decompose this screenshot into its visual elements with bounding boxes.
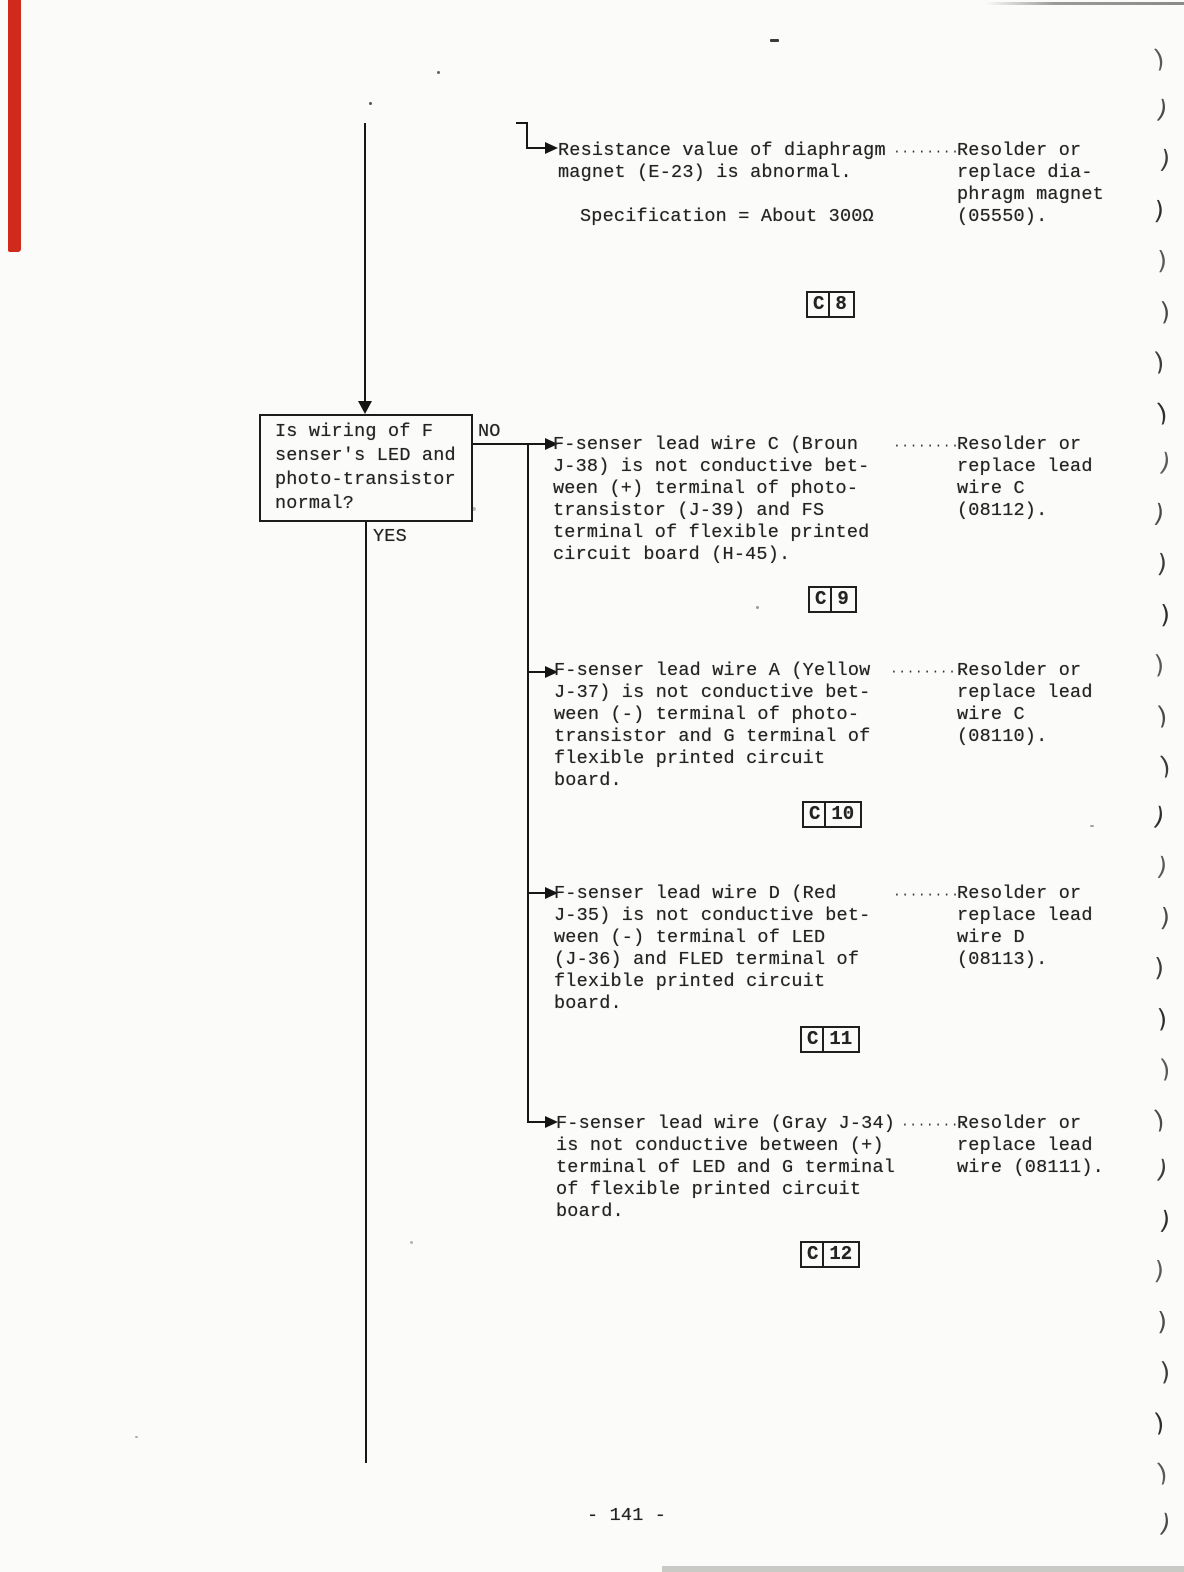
- cause-text: F-senser lead wire (Gray J-34) is not co…: [556, 1113, 895, 1223]
- badge-number: 12: [824, 1243, 858, 1266]
- badge-letter: C: [802, 1028, 824, 1051]
- binding-mark-icon: ): [1156, 144, 1175, 175]
- binding-mark-icon: ): [1149, 43, 1170, 74]
- binding-mark-icon: ): [1155, 1507, 1176, 1538]
- cause-text: F-senser lead wire A (Yellow J-37) is no…: [554, 660, 870, 792]
- binding-mark-icon: ): [1155, 750, 1176, 781]
- decision-box: Is wiring of F senser's LED and photo-tr…: [259, 414, 473, 522]
- scan-red-edge-mark: [8, 0, 21, 252]
- scan-speck: [369, 102, 372, 105]
- binding-mark-icon: ): [1149, 800, 1170, 831]
- step-badge-c9: C 9: [808, 586, 857, 613]
- step-badge-c8: C 8: [806, 291, 855, 318]
- badge-number: 11: [824, 1028, 858, 1051]
- binding-mark-icon: ): [1151, 650, 1168, 680]
- binding-mark-icon: ): [1151, 195, 1168, 225]
- binding-mark-icon: ): [1156, 1205, 1175, 1236]
- flow-line-into-decision: [364, 123, 366, 403]
- binding-mark-icon: ): [1157, 296, 1174, 326]
- step-badge-c11: C 11: [800, 1026, 860, 1053]
- page-number: - 141 -: [587, 1505, 666, 1527]
- remedy-text: Resolder or replace lead wire (08111).: [957, 1113, 1104, 1179]
- dotted-leader: ········: [893, 886, 959, 904]
- scan-speck: [135, 1436, 138, 1438]
- scan-top-edge-line: [985, 2, 1184, 5]
- remedy-text: Resolder or replace lead wire C (08112).: [957, 434, 1093, 522]
- badge-number: 9: [832, 588, 854, 611]
- binding-mark-icon: ): [1152, 396, 1173, 427]
- scan-bottom-edge-line: [662, 1566, 1184, 1572]
- flow-line-c8-elbow: [526, 122, 528, 149]
- binding-mark-icon: ): [1150, 498, 1169, 529]
- flow-line-c8: [526, 147, 545, 149]
- binding-mark-icon: ): [1156, 1053, 1175, 1084]
- decision-text: Is wiring of F senser's LED and photo-tr…: [261, 416, 471, 516]
- scan-speck: [770, 39, 779, 42]
- no-branch-label: NO: [478, 421, 501, 443]
- binding-mark-icon: ): [1153, 851, 1172, 882]
- badge-number: 10: [826, 803, 860, 826]
- binding-mark-icon: ): [1157, 902, 1174, 932]
- binding-mark-icon: ): [1150, 1407, 1169, 1438]
- dotted-leader: ·········: [890, 663, 965, 681]
- badge-letter: C: [802, 1243, 824, 1266]
- dotted-leader: ········: [893, 143, 959, 161]
- binding-mark-icon: ): [1155, 1307, 1170, 1336]
- remedy-text: Resolder or replace lead wire C (08110).: [957, 660, 1093, 748]
- binding-mark-icon: ): [1158, 600, 1173, 629]
- binding-mark-icon: ): [1149, 1103, 1170, 1134]
- binding-mark-icon: ): [1152, 93, 1173, 124]
- badge-letter: C: [804, 803, 826, 826]
- cause-text: Resistance value of diaphragm magnet (E-…: [558, 140, 886, 184]
- badge-letter: C: [808, 293, 830, 316]
- binding-mark-icon: ): [1153, 700, 1172, 731]
- binding-mark-icon: ): [1155, 447, 1176, 478]
- scan-speck: [756, 606, 759, 609]
- flow-line-no-branch: [473, 443, 545, 445]
- flow-line-branch-trunk: [527, 443, 529, 1123]
- binding-mark-icon: ): [1157, 1357, 1174, 1387]
- arrowhead-right-icon: [545, 142, 558, 154]
- arrowhead-down-icon: [358, 401, 372, 414]
- binding-mark-icon: ): [1152, 953, 1167, 982]
- cause-text: F-senser lead wire D (Red J-35) is not c…: [554, 883, 870, 1015]
- yes-branch-label: YES: [373, 526, 407, 548]
- binding-mark-icon: ): [1154, 549, 1171, 579]
- badge-number: 8: [830, 293, 852, 316]
- binding-mark-icon: ): [1155, 246, 1170, 275]
- binding-mark-icon: ): [1150, 346, 1169, 377]
- flow-line-yes-branch: [365, 522, 367, 1463]
- flow-line-c12: [528, 1121, 545, 1123]
- binding-mark-icon: ): [1152, 1154, 1173, 1185]
- scan-speck: [410, 1241, 413, 1244]
- step-badge-c10: C 10: [802, 801, 862, 828]
- binding-mark-icon: ): [1152, 1457, 1173, 1488]
- scanned-manual-page: )))))))))))))))))))))))))))))) Is wiring…: [0, 0, 1184, 1572]
- flow-line-c10: [528, 671, 545, 673]
- dotted-leader: ········: [893, 437, 959, 455]
- spec-text: Specification = About 300Ω: [580, 206, 874, 228]
- remedy-text: Resolder or replace dia- phragm magnet (…: [957, 140, 1104, 228]
- step-badge-c12: C 12: [800, 1241, 860, 1268]
- scan-speck: [437, 71, 440, 74]
- remedy-text: Resolder or replace lead wire D (08113).: [957, 883, 1093, 971]
- badge-letter: C: [810, 588, 832, 611]
- binding-mark-icon: ): [1154, 1003, 1171, 1033]
- binding-mark-icon: ): [1151, 1256, 1168, 1286]
- scan-speck: [1090, 825, 1094, 827]
- flow-line-c11: [528, 892, 545, 894]
- cause-text: F-senser lead wire C (Broun J-38) is not…: [553, 434, 869, 566]
